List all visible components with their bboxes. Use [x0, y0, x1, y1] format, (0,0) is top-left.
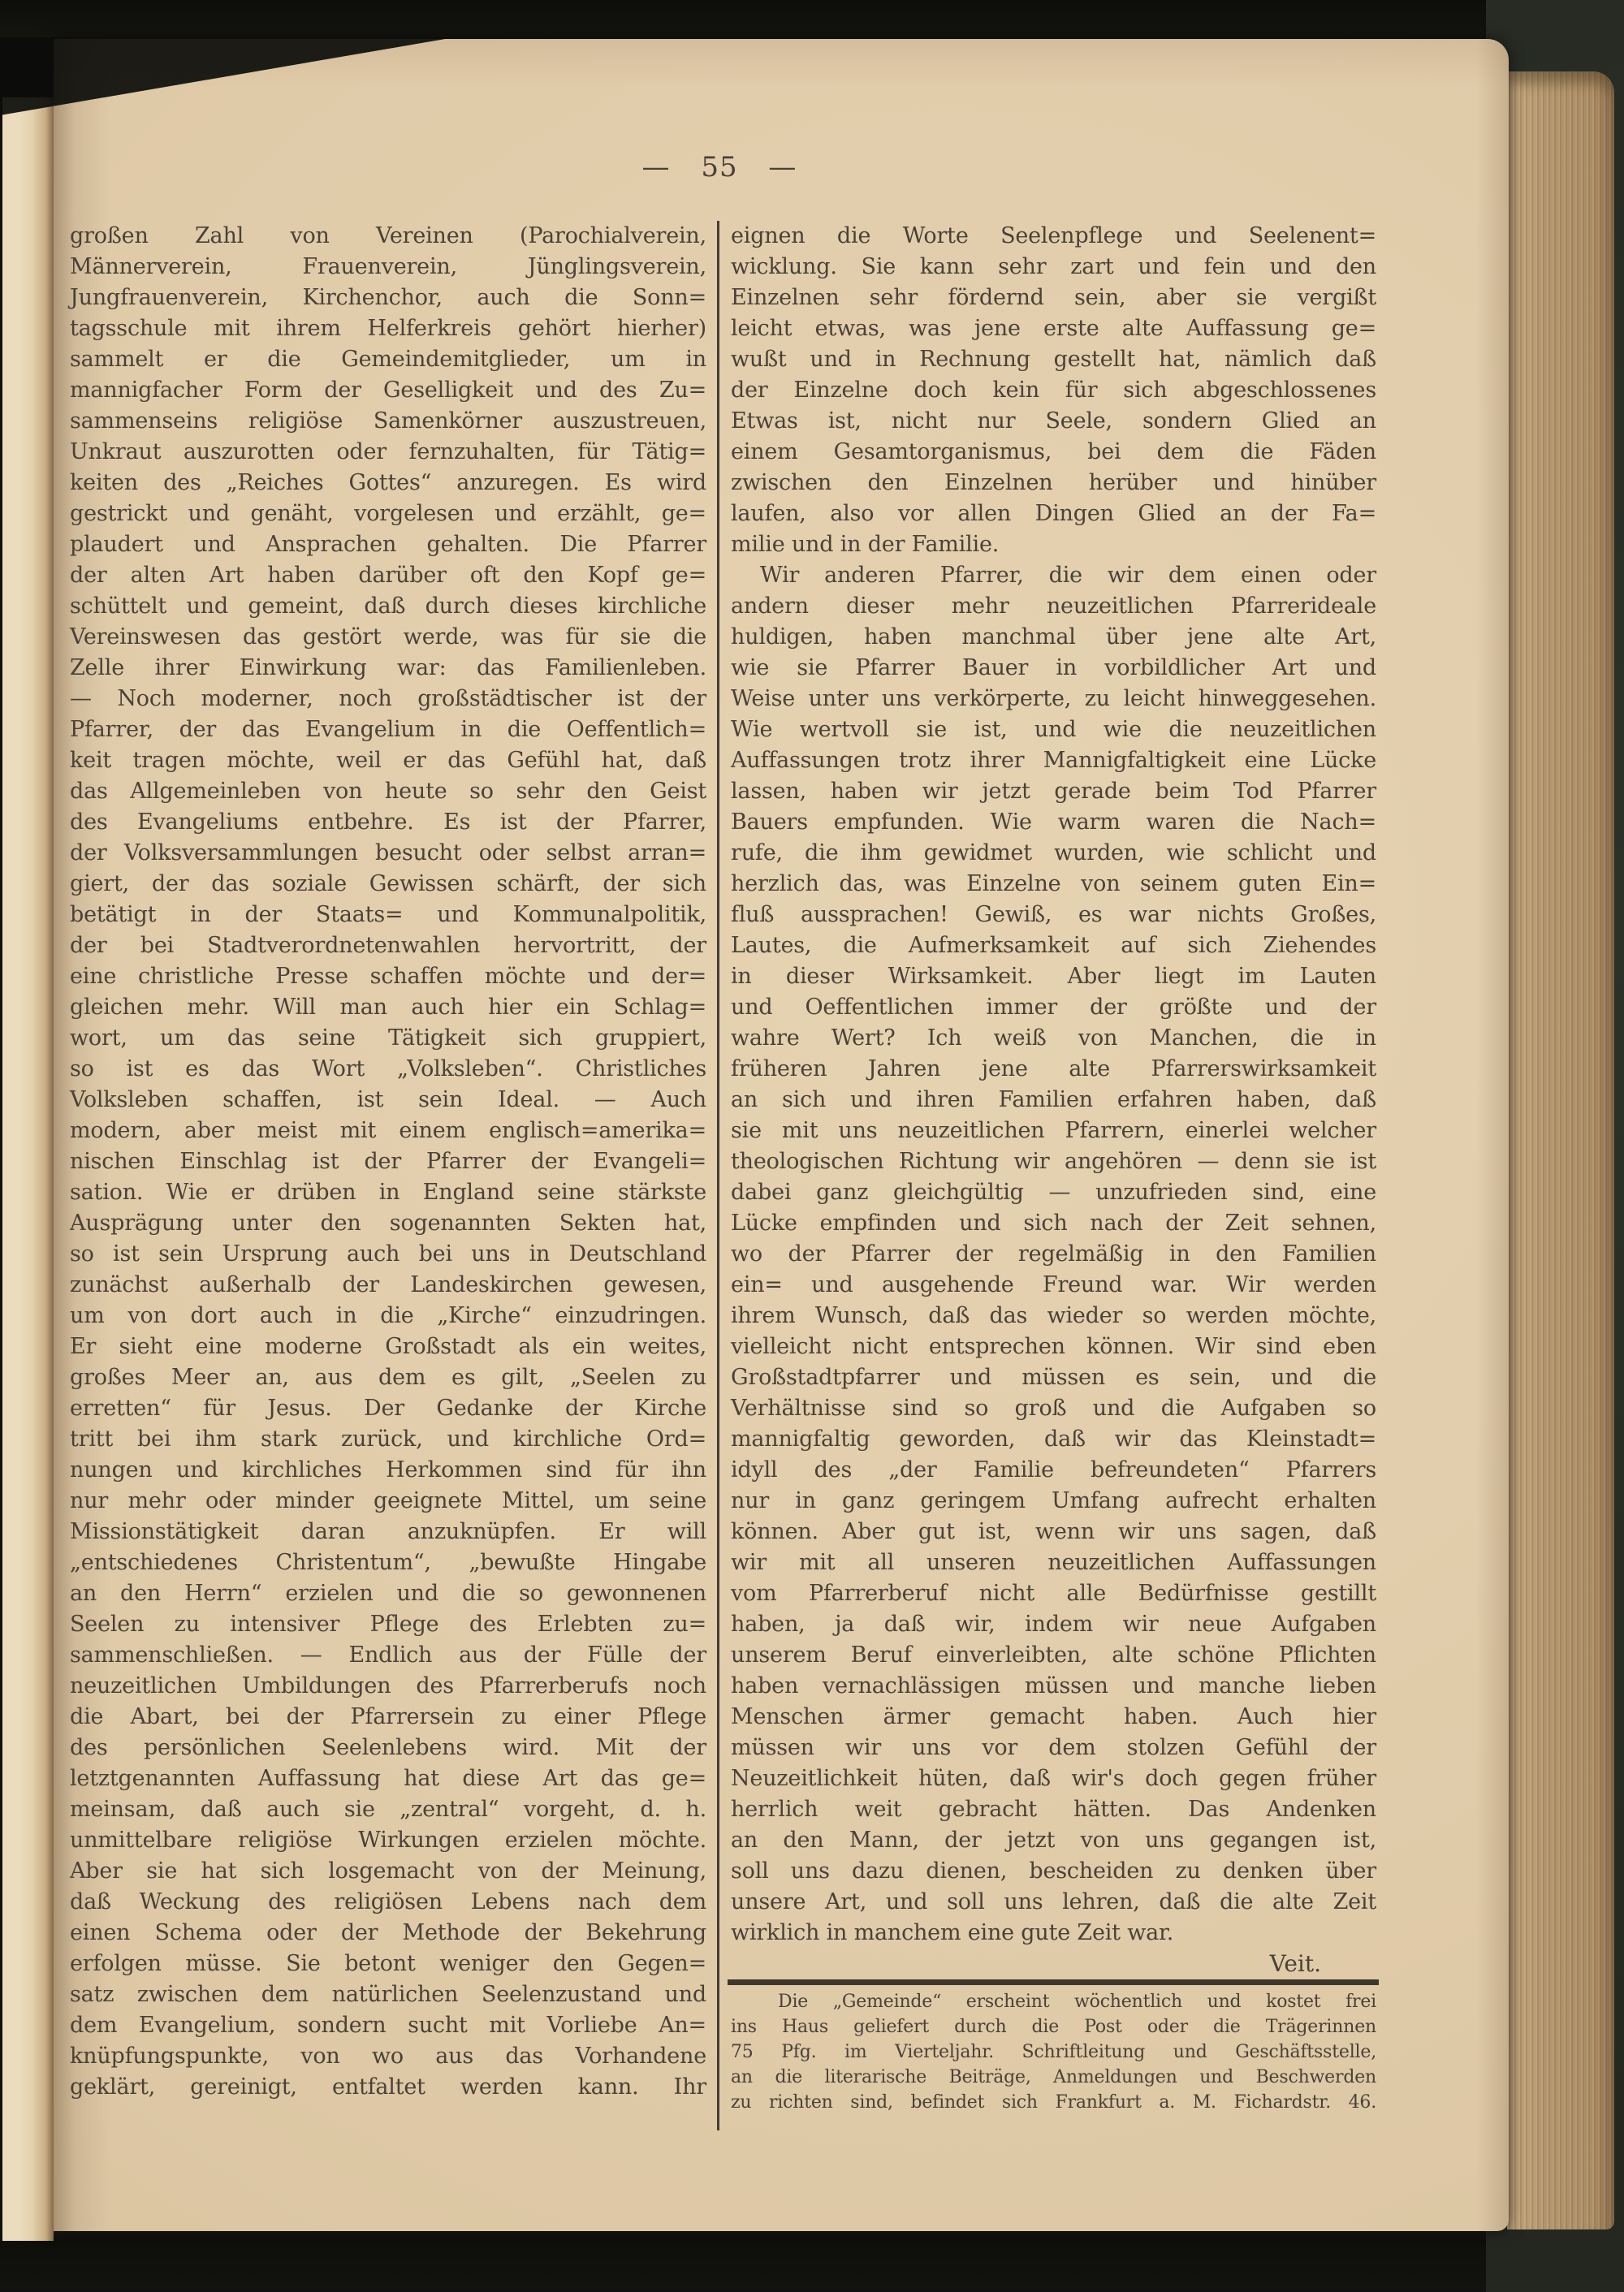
text-line: nur in ganz geringem Umfang aufrecht erh… [731, 1486, 1376, 1517]
text-line: wicklung. Sie kann sehr zart und fein un… [731, 252, 1376, 283]
text-line: Bauers empfunden. Wie warm waren die Nac… [731, 807, 1376, 838]
text-line: wirklich in manchem eine gute Zeit war. [731, 1918, 1376, 1949]
text-line: Verhältnisse sind so groß und die Aufgab… [731, 1393, 1376, 1424]
text-line: wo der Pfarrer der regelmäßig in den Fam… [731, 1239, 1376, 1270]
text-line: Neuzeitlichkeit hüten, daß wir's doch ge… [731, 1763, 1376, 1794]
text-line: dabei ganz gleichgültig — unzufrieden si… [731, 1177, 1376, 1208]
text-line: geklärt, gereinigt, entfaltet werden kan… [70, 2072, 706, 2103]
footer-note: Die „Gemeinde“ erscheint wöchentlich und… [731, 1989, 1376, 2115]
text-line: vom Pfarrerberuf nicht alle Bedürfnisse … [731, 1578, 1376, 1609]
text-line: plaudert und Ansprachen gehalten. Die Pf… [70, 529, 706, 560]
text-line: tagsschule mit ihrem Helferkreis gehört … [70, 313, 706, 344]
text-line: zwischen den Einzelnen herüber und hinüb… [731, 468, 1376, 499]
text-line: Zelle ihrer Einwirkung war: das Familien… [70, 653, 706, 684]
text-line: Großstadtpfarrer und müssen es sein, und… [731, 1362, 1376, 1393]
footer-rule [728, 1979, 1379, 1985]
text-line: unserem Beruf einverleibten, alte schöne… [731, 1640, 1376, 1671]
text-line: Etwas ist, nicht nur Seele, sondern Glie… [731, 406, 1376, 437]
text-line: ins Haus geliefert durch die Post oder d… [731, 2014, 1376, 2039]
text-line: einem Gesamtorganismus, bei dem die Fäde… [731, 437, 1376, 468]
text-line: Seelen zu intensiver Pflege des Erlebten… [70, 1609, 706, 1640]
text-line: Missionstätigkeit daran anzuknüpfen. Er … [70, 1517, 706, 1547]
text-line: „entschiedenes Christentum“, „bewußte Hi… [70, 1547, 706, 1578]
text-line: an den Mann, der jetzt von uns gegangen … [731, 1825, 1376, 1856]
text-line: Pfarrer, der das Evangelium in die Oeffe… [70, 714, 706, 745]
text-line: wußt und in Rechnung gestellt hat, nämli… [731, 344, 1376, 375]
text-line: herzlich das, was Einzelne von seinem gu… [731, 869, 1376, 900]
text-line: Lautes, die Aufmerksamkeit auf sich Zieh… [731, 930, 1376, 961]
text-line: großen Zahl von Vereinen (Parochialverei… [70, 221, 706, 252]
left-column: großen Zahl von Vereinen (Parochialverei… [70, 221, 706, 2103]
text-line: das Allgemeinleben von heute so sehr den… [70, 776, 706, 807]
text-line: Wie wertvoll sie ist, und wie die neuzei… [731, 714, 1376, 745]
text-line: erretten“ für Jesus. Der Gedanke der Kir… [70, 1393, 706, 1424]
book-fore-edge [1507, 71, 1614, 2229]
column-divider [717, 221, 719, 2130]
text-line: schüttelt und gemeint, daß durch dieses … [70, 591, 706, 622]
text-line: soll uns dazu dienen, bescheiden zu denk… [731, 1856, 1376, 1887]
text-line: Vereinswesen das gestört werde, was für … [70, 622, 706, 653]
text-line: sie mit uns neuzeitlichen Pfarrern, eine… [731, 1116, 1376, 1146]
text-line: unsere Art, und soll uns lehren, daß die… [731, 1887, 1376, 1918]
text-line: — Noch moderner, noch großstädtischer is… [70, 684, 706, 714]
text-line: mannigfacher Form der Geselligkeit und d… [70, 375, 706, 406]
text-line: die Abart, bei der Pfarrersein zu einer … [70, 1702, 706, 1733]
text-line: müssen wir uns vor dem stolzen Gefühl de… [731, 1733, 1376, 1763]
text-line: Menschen ärmer gemacht haben. Auch hier [731, 1702, 1376, 1733]
text-line: nur mehr oder minder geeignete Mittel, u… [70, 1486, 706, 1517]
facing-page-edge [0, 97, 54, 2241]
text-line: sammenseins religiöse Samenkörner auszus… [70, 406, 706, 437]
text-line: Ausprägung unter den sogenannten Sekten … [70, 1208, 706, 1239]
text-line: können. Aber gut ist, wenn wir uns sagen… [731, 1517, 1376, 1547]
text-line: der bei Stadtverordnetenwahlen hervortri… [70, 930, 706, 961]
text-line: nischen Einschlag ist der Pfarrer der Ev… [70, 1146, 706, 1177]
text-line: laufen, also vor allen Dingen Glied an d… [731, 499, 1376, 529]
text-line: an die literarische Beiträge, Anmeldunge… [731, 2065, 1376, 2090]
text-line: knüpfungspunkte, von wo aus das Vorhande… [70, 2041, 706, 2072]
text-line: betätigt in der Staats= und Kommunalpoli… [70, 900, 706, 930]
text-line: ein= und ausgehende Freund war. Wir werd… [731, 1270, 1376, 1301]
text-line: tritt bei ihm stark zurück, und kirchlic… [70, 1424, 706, 1455]
text-line: zu richten sind, befindet sich Frankfurt… [731, 2090, 1376, 2115]
text-line: sammelt er die Gemeindemitglieder, um in [70, 344, 706, 375]
text-line: satz zwischen dem natürlichen Seelenzust… [70, 1979, 706, 2010]
author-signature: Veit. [731, 1949, 1376, 1979]
text-line: keiten des „Reiches Gottes“ anzuregen. E… [70, 468, 706, 499]
text-line: Jungfrauenverein, Kirchenchor, auch die … [70, 283, 706, 313]
text-line: neuzeitlichen Umbildungen des Pfarrerber… [70, 1671, 706, 1702]
text-line: wir mit all unseren neuzeitlichen Auffas… [731, 1547, 1376, 1578]
text-line: lassen, haben wir jetzt gerade beim Tod … [731, 776, 1376, 807]
text-line: des Evangeliums entbehre. Es ist der Pfa… [70, 807, 706, 838]
text-line: Unkraut auszurotten oder fernzuhalten, f… [70, 437, 706, 468]
text-line: fluß aussprachen! Gewiß, es war nichts G… [731, 900, 1376, 930]
text-line: theologischen Richtung wir angehören — d… [731, 1146, 1376, 1177]
text-line: ihrem Wunsch, daß das wieder so werden m… [731, 1301, 1376, 1332]
text-line: gestrickt und genäht, vorgelesen und erz… [70, 499, 706, 529]
text-line: und Oeffentlichen immer der größte und d… [731, 992, 1376, 1023]
text-line: 75 Pfg. im Vierteljahr. Schriftleitung u… [731, 2039, 1376, 2065]
text-line: Auffassungen trotz ihrer Mannigfaltigkei… [731, 745, 1376, 776]
text-line: vielleicht nicht entsprechen können. Wir… [731, 1332, 1376, 1362]
text-line: haben vernachlässigen müssen und manche … [731, 1671, 1376, 1702]
text-line: modern, aber meist mit einem englisch=am… [70, 1116, 706, 1146]
text-line: milie und in der Familie. [731, 529, 1376, 560]
text-line: Männerverein, Frauenverein, Jünglingsver… [70, 252, 706, 283]
right-column: eignen die Worte Seelenpflege und Seelen… [731, 221, 1376, 1949]
text-line: Aber sie hat sich losgemacht von der Mei… [70, 1856, 706, 1887]
text-line: haben, ja daß wir, indem wir neue Aufgab… [731, 1609, 1376, 1640]
text-line: leicht etwas, was jene erste alte Auffas… [731, 313, 1376, 344]
text-line: so ist es das Wort „Volksleben“. Christl… [70, 1054, 706, 1085]
text-line: herrlich weit gebracht hätten. Das Anden… [731, 1794, 1376, 1825]
text-line: in dieser Wirksamkeit. Aber liegt im Lau… [731, 961, 1376, 992]
text-line: sation. Wie er drüben in England seine s… [70, 1177, 706, 1208]
text-line: so ist sein Ursprung auch bei uns in Deu… [70, 1239, 706, 1270]
text-line: giert, der das soziale Gewissen schärft,… [70, 869, 706, 900]
scanned-book-page: — 55 — großen Zahl von Vereinen (Parochi… [0, 0, 1624, 2292]
text-line: großes Meer an, aus dem es gilt, „Seelen… [70, 1362, 706, 1393]
text-line: früheren Jahren jene alte Pfarrerswirksa… [731, 1054, 1376, 1085]
text-line: Weise unter uns verkörperte, zu leicht h… [731, 684, 1376, 714]
text-line: um von dort auch in die „Kirche“ einzudr… [70, 1301, 706, 1332]
text-line: dem Evangelium, sondern sucht mit Vorlie… [70, 2010, 706, 2041]
text-line: der Volksversammlungen besucht oder selb… [70, 838, 706, 869]
text-line: des persönlichen Seelenlebens wird. Mit … [70, 1733, 706, 1763]
text-line: andern dieser mehr neuzeitlichen Pfarrer… [731, 591, 1376, 622]
text-line: Er sieht eine moderne Großstadt als ein … [70, 1332, 706, 1362]
text-line: huldigen, haben manchmal über jene alte … [731, 622, 1376, 653]
book-page: — 55 — großen Zahl von Vereinen (Parochi… [54, 39, 1509, 2231]
text-line: sammenschließen. — Endlich aus der Fülle… [70, 1640, 706, 1671]
text-line: nungen und kirchliches Herkommen sind fü… [70, 1455, 706, 1486]
text-line: an sich und ihren Familien erfahren habe… [731, 1085, 1376, 1116]
text-line: eignen die Worte Seelenpflege und Seelen… [731, 221, 1376, 252]
text-line: an den Herrn“ erzielen und die so gewonn… [70, 1578, 706, 1609]
text-line: idyll des „der Familie befreundeten“ Pfa… [731, 1455, 1376, 1486]
text-line: der alten Art haben darüber oft den Kopf… [70, 560, 706, 591]
text-line: Die „Gemeinde“ erscheint wöchentlich und… [731, 1989, 1376, 2014]
text-line: eine christliche Presse schaffen möchte … [70, 961, 706, 992]
text-line: rufe, die ihm gewidmet wurden, wie schli… [731, 838, 1376, 869]
text-line: einen Schema oder der Methode der Bekehr… [70, 1918, 706, 1949]
text-line: unmittelbare religiöse Wirkungen erziele… [70, 1825, 706, 1856]
text-line: gleichen mehr. Will man auch hier ein Sc… [70, 992, 706, 1023]
text-line: Wir anderen Pfarrer, die wir dem einen o… [731, 560, 1376, 591]
text-line: mannigfaltig geworden, daß wir das Klein… [731, 1424, 1376, 1455]
text-line: daß Weckung des religiösen Lebens nach d… [70, 1887, 706, 1918]
page-number: — 55 — [70, 151, 1369, 183]
text-line: meinsam, daß auch sie „zentral“ vorgeht,… [70, 1794, 706, 1825]
text-line: wie sie Pfarrer Bauer in vorbildlicher A… [731, 653, 1376, 684]
text-line: letztgenannten Auffassung hat diese Art … [70, 1763, 706, 1794]
text-line: Einzelnen sehr fördernd sein, aber sie v… [731, 283, 1376, 313]
text-line: zunächst außerhalb der Landeskirchen gew… [70, 1270, 706, 1301]
text-line: Lücke empfinden und sich nach der Zeit s… [731, 1208, 1376, 1239]
text-line: erfolgen müsse. Sie betont weniger den G… [70, 1949, 706, 1979]
text-line: der Einzelne doch kein für sich abgeschl… [731, 375, 1376, 406]
text-line: wort, um das seine Tätigkeit sich gruppi… [70, 1023, 706, 1054]
text-line: Volksleben schaffen, ist sein Ideal. — A… [70, 1085, 706, 1116]
text-line: wahre Wert? Ich weiß von Manchen, die in [731, 1023, 1376, 1054]
text-line: keit tragen möchte, weil er das Gefühl h… [70, 745, 706, 776]
